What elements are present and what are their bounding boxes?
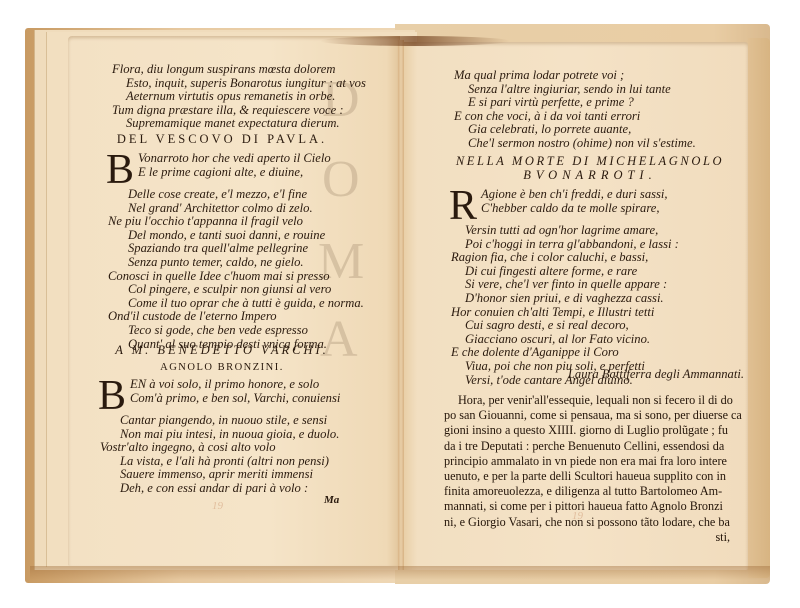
prose-line: uenuto, e per la parte delli Scultori ha… — [444, 469, 734, 484]
verse-line: Tum digna præstare illa, & requiescere v… — [112, 104, 332, 118]
verse-line: Aeternum virtutis opus remanetis in orbe… — [112, 90, 332, 104]
left-sonnet-varchi: B EN à voi solo, il primo honore, e solo… — [100, 378, 340, 496]
verse-line: Senza punto temer, caldo, ne gielo. — [108, 256, 348, 270]
verse-line: E si pari virtù perfette, e prime ? — [454, 96, 714, 110]
prose-line: po san Giouanni, come si pensaua, ma si … — [444, 408, 734, 423]
section-heading: A M. BENEDETTO VARCHI. — [112, 344, 332, 358]
verse-line: Che'l sermon nostro (ohime) non vil s'es… — [454, 137, 714, 151]
section-subheading: AGNOLO BRONZINI. — [112, 361, 332, 375]
verse-line: EN à voi solo, il primo honore, e solo — [100, 378, 340, 392]
verse-line: Poi c'hoggi in terra gl'abbandoni, e las… — [451, 238, 711, 252]
verse-line: Ma qual prima lodar potrete voi ; — [454, 69, 714, 83]
drop-cap: R — [449, 188, 477, 224]
prose-line: da i tre Deputati : perche Benuenuto Cel… — [444, 439, 734, 454]
verse-line: Senza l'altre ingiuriar, sendo in lui ta… — [454, 83, 714, 97]
page-bottom-shadow — [30, 566, 770, 580]
verse-line: La vista, e l'ali hà pronti (altri non p… — [100, 455, 340, 469]
prose-paragraph: Hora, per venir'all'essequie, lequali no… — [444, 393, 734, 545]
verse-line: Agione è ben ch'i freddi, e duri sassi, — [451, 188, 711, 202]
verse-line: Vonarroto hor che vedi aperto il Cielo — [108, 152, 348, 166]
verse-line: Com'à primo, e ben sol, Varchi, conuiens… — [100, 392, 340, 406]
verse-line: Giacciano oscuri, al lor Fato vicino. — [451, 333, 711, 347]
heading-varchi: A M. BENEDETTO VARCHI. AGNOLO BRONZINI. — [112, 344, 332, 374]
drop-cap: B — [106, 152, 134, 188]
verse-line: Si vere, che'l ver finto in quelle appar… — [451, 278, 711, 292]
verse-line: Supremamique manet expectatura dierum. — [112, 117, 332, 131]
prose-line: principio ammalato in vn piede non era m… — [444, 454, 734, 469]
verse-line: Versin tutti ad ogn'hor lagrime amare, — [451, 224, 711, 238]
section-heading: DEL VESCOVO DI PAVLA. — [112, 133, 332, 147]
verse-line: Ragion fia, che i color caluchi, e bassi… — [451, 251, 711, 265]
drop-cap: B — [98, 378, 126, 414]
verse-line: Conosci in quelle Idee c'huom mai si pre… — [108, 270, 348, 284]
verse-line: Del mondo, e tanti suoi danni, e rouine — [108, 229, 348, 243]
catchword: Ma — [324, 494, 339, 506]
verse-line: Non mai piu intesi, in nuoua gioia, e du… — [100, 428, 340, 442]
verse-line: Nel grand' Architettor colmo di zelo. — [108, 202, 348, 216]
verse-line: E che dolente d'Aganippe il Coro — [451, 346, 711, 360]
verse-line: Ond'il custode de l'eterno Impero — [108, 310, 348, 324]
spine-stain — [320, 36, 510, 46]
prose-line: gioni insino a questo XIIII. giorno di L… — [444, 423, 734, 438]
prose-line: finita amoreuolezza, e diligenza al tutt… — [444, 484, 734, 499]
heading-vescovo: DEL VESCOVO DI PAVLA. — [112, 133, 332, 147]
book-gutter — [398, 40, 404, 570]
verse-line: Cantar piangendo, in nuouo stile, e sens… — [100, 414, 340, 428]
verse-line: Spaziando tra quell'alme pellegrine — [108, 242, 348, 256]
verse-line: Deh, e con essi andar di pari à volo : — [100, 482, 340, 496]
verse-line: Come il tuo oprar che à tutti è guida, e… — [108, 297, 348, 311]
verse-line: D'honor sien priui, e di vaghezza cassi. — [451, 292, 711, 306]
left-poem-latin: Flora, diu longum suspirans mœsta dolore… — [112, 63, 332, 131]
verse-line: Teco si gode, che ben vede espresso — [108, 324, 348, 338]
poem-attribution: Laura Battiferra degli Ammannati. — [540, 368, 750, 382]
prose-line: Hora, per venir'all'essequie, lequali no… — [444, 393, 734, 408]
heading-michelagnolo: NELLA MORTE DI MICHELAGNOLO BVONARROTI. — [440, 155, 740, 182]
verse-line: Di cui fingesti altere forme, e rare — [451, 265, 711, 279]
prose-line: ni, e Giorgio Vasari, che non si possono… — [444, 515, 734, 530]
page-edges-right — [748, 38, 770, 578]
verse-line: E le prime cagioni alte, e diuine, — [108, 166, 348, 180]
folio-mark: 19 — [572, 510, 583, 522]
section-heading: BVONARROTI. — [440, 169, 740, 183]
folio-mark: 19 — [212, 500, 223, 512]
verse-line: Gia celebrati, lo porrete auante, — [454, 123, 714, 137]
left-sonnet-buonarroti: B Vonarroto hor che vedi aperto il Cielo… — [108, 152, 348, 351]
right-poem-continued: Ma qual prima lodar potrete voi ; Senza … — [454, 69, 714, 151]
verse-line: Ne piu l'occhio t'appanna il fragil velo — [108, 215, 348, 229]
verse-line: Col pingere, e sculpir non giunsi al ver… — [108, 283, 348, 297]
verse-line: C'hebber caldo da te molle spirare, — [451, 202, 711, 216]
prose-line: mannati, si come per i pittori haueua fa… — [444, 499, 734, 514]
verse-line: E con che voci, à i da voi tanti errori — [454, 110, 714, 124]
open-book-photo: D O M A Flora, diu longum suspirans mœst… — [0, 0, 800, 608]
verse-line: Cui sagro desti, e si real decoro, — [451, 319, 711, 333]
verse-line: Esto, inquit, superis Bonarotus iungitur… — [112, 77, 332, 91]
author-signature: Laura Battiferra degli Ammannati. — [540, 368, 750, 382]
prose-line: sti, — [444, 530, 734, 545]
verse-line: Flora, diu longum suspirans mœsta dolore… — [112, 63, 332, 77]
verse-line: Hor conuien ch'alti Tempi, e Illustri te… — [451, 306, 711, 320]
verse-line: Vostr'alto ingegno, à cosi alto volo — [100, 441, 340, 455]
verse-line: Sauere immenso, aprir meriti immensi — [100, 468, 340, 482]
right-sonnet-morte: R Agione è ben ch'i freddi, e duri sassi… — [451, 188, 711, 387]
verse-line: Delle cose create, e'l mezzo, e'l fine — [108, 188, 348, 202]
section-heading: NELLA MORTE DI MICHELAGNOLO — [440, 155, 740, 169]
